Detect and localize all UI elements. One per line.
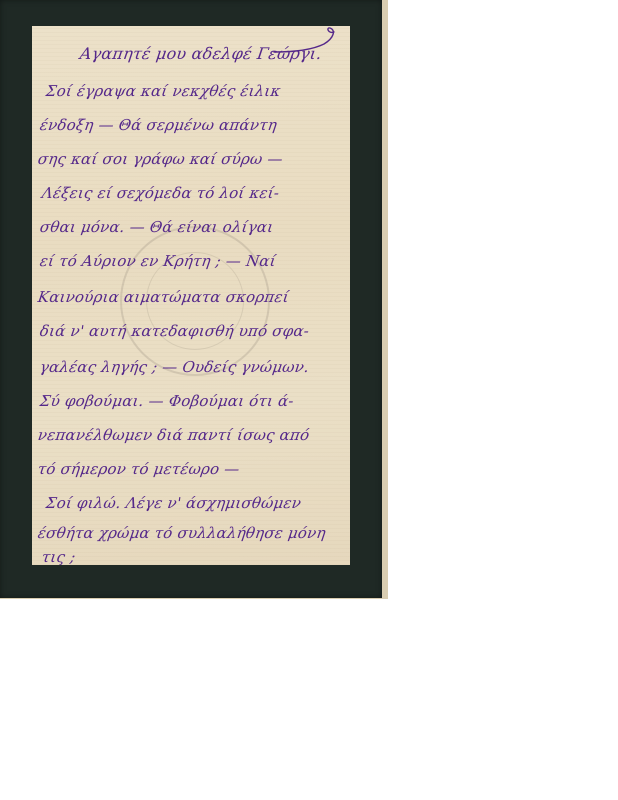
letter-line: διά ν' αυτή κατεδαφισθή υπό σφα- bbox=[39, 322, 311, 340]
letter-line: εί τό Αύριον εν Κρήτη ; — Ναί bbox=[39, 252, 277, 270]
letter-line: νεπανέλθωμεν διά παντί ίσως από bbox=[37, 426, 311, 444]
letter-line-salutation: Αγαπητέ μου αδελφέ Γεώργι. bbox=[79, 44, 323, 63]
letter-line: γαλέας ληγής ; — Ουδείς γνώμων. bbox=[39, 358, 311, 376]
letter-line: έσθήτα χρώμα τό συλλαλήθησε μόνη bbox=[37, 524, 327, 542]
letter-line: τό σήμερον τό μετέωρο — bbox=[37, 460, 241, 478]
letter-line: Λέξεις εί σεχόμεδα τό λοί κεί- bbox=[41, 184, 281, 202]
letter-line: Σύ φοβούμαι. — Φοβούμαι ότι ά- bbox=[39, 392, 295, 410]
letter-line: ένδοξη — Θά σερμένω απάντη bbox=[39, 116, 278, 134]
letter-line: Σοί έγραψα καί νεκχθές έιλικ bbox=[45, 82, 282, 100]
letter-line: τις ; bbox=[41, 548, 77, 565]
page: Αγαπητέ μου αδελφέ Γεώργι. Σοί έγραψα κα… bbox=[0, 0, 618, 800]
letter-line: Σοί φιλώ. Λέγε ν' άσχημισθώμεν bbox=[45, 494, 303, 512]
letter-line: Καινούρια αιματώματα σκορπεί bbox=[37, 288, 290, 306]
letter-line: σης καί σοι γράφω καί σύρω — bbox=[37, 150, 284, 168]
mourning-border-card: Αγαπητέ μου αδελφέ Γεώργι. Σοί έγραψα κα… bbox=[0, 0, 382, 598]
letter-paper: Αγαπητέ μου αδελφέ Γεώργι. Σοί έγραψα κα… bbox=[32, 26, 350, 565]
letter-line: σθαι μόνα. — Θά είναι ολίγαι bbox=[39, 218, 275, 236]
